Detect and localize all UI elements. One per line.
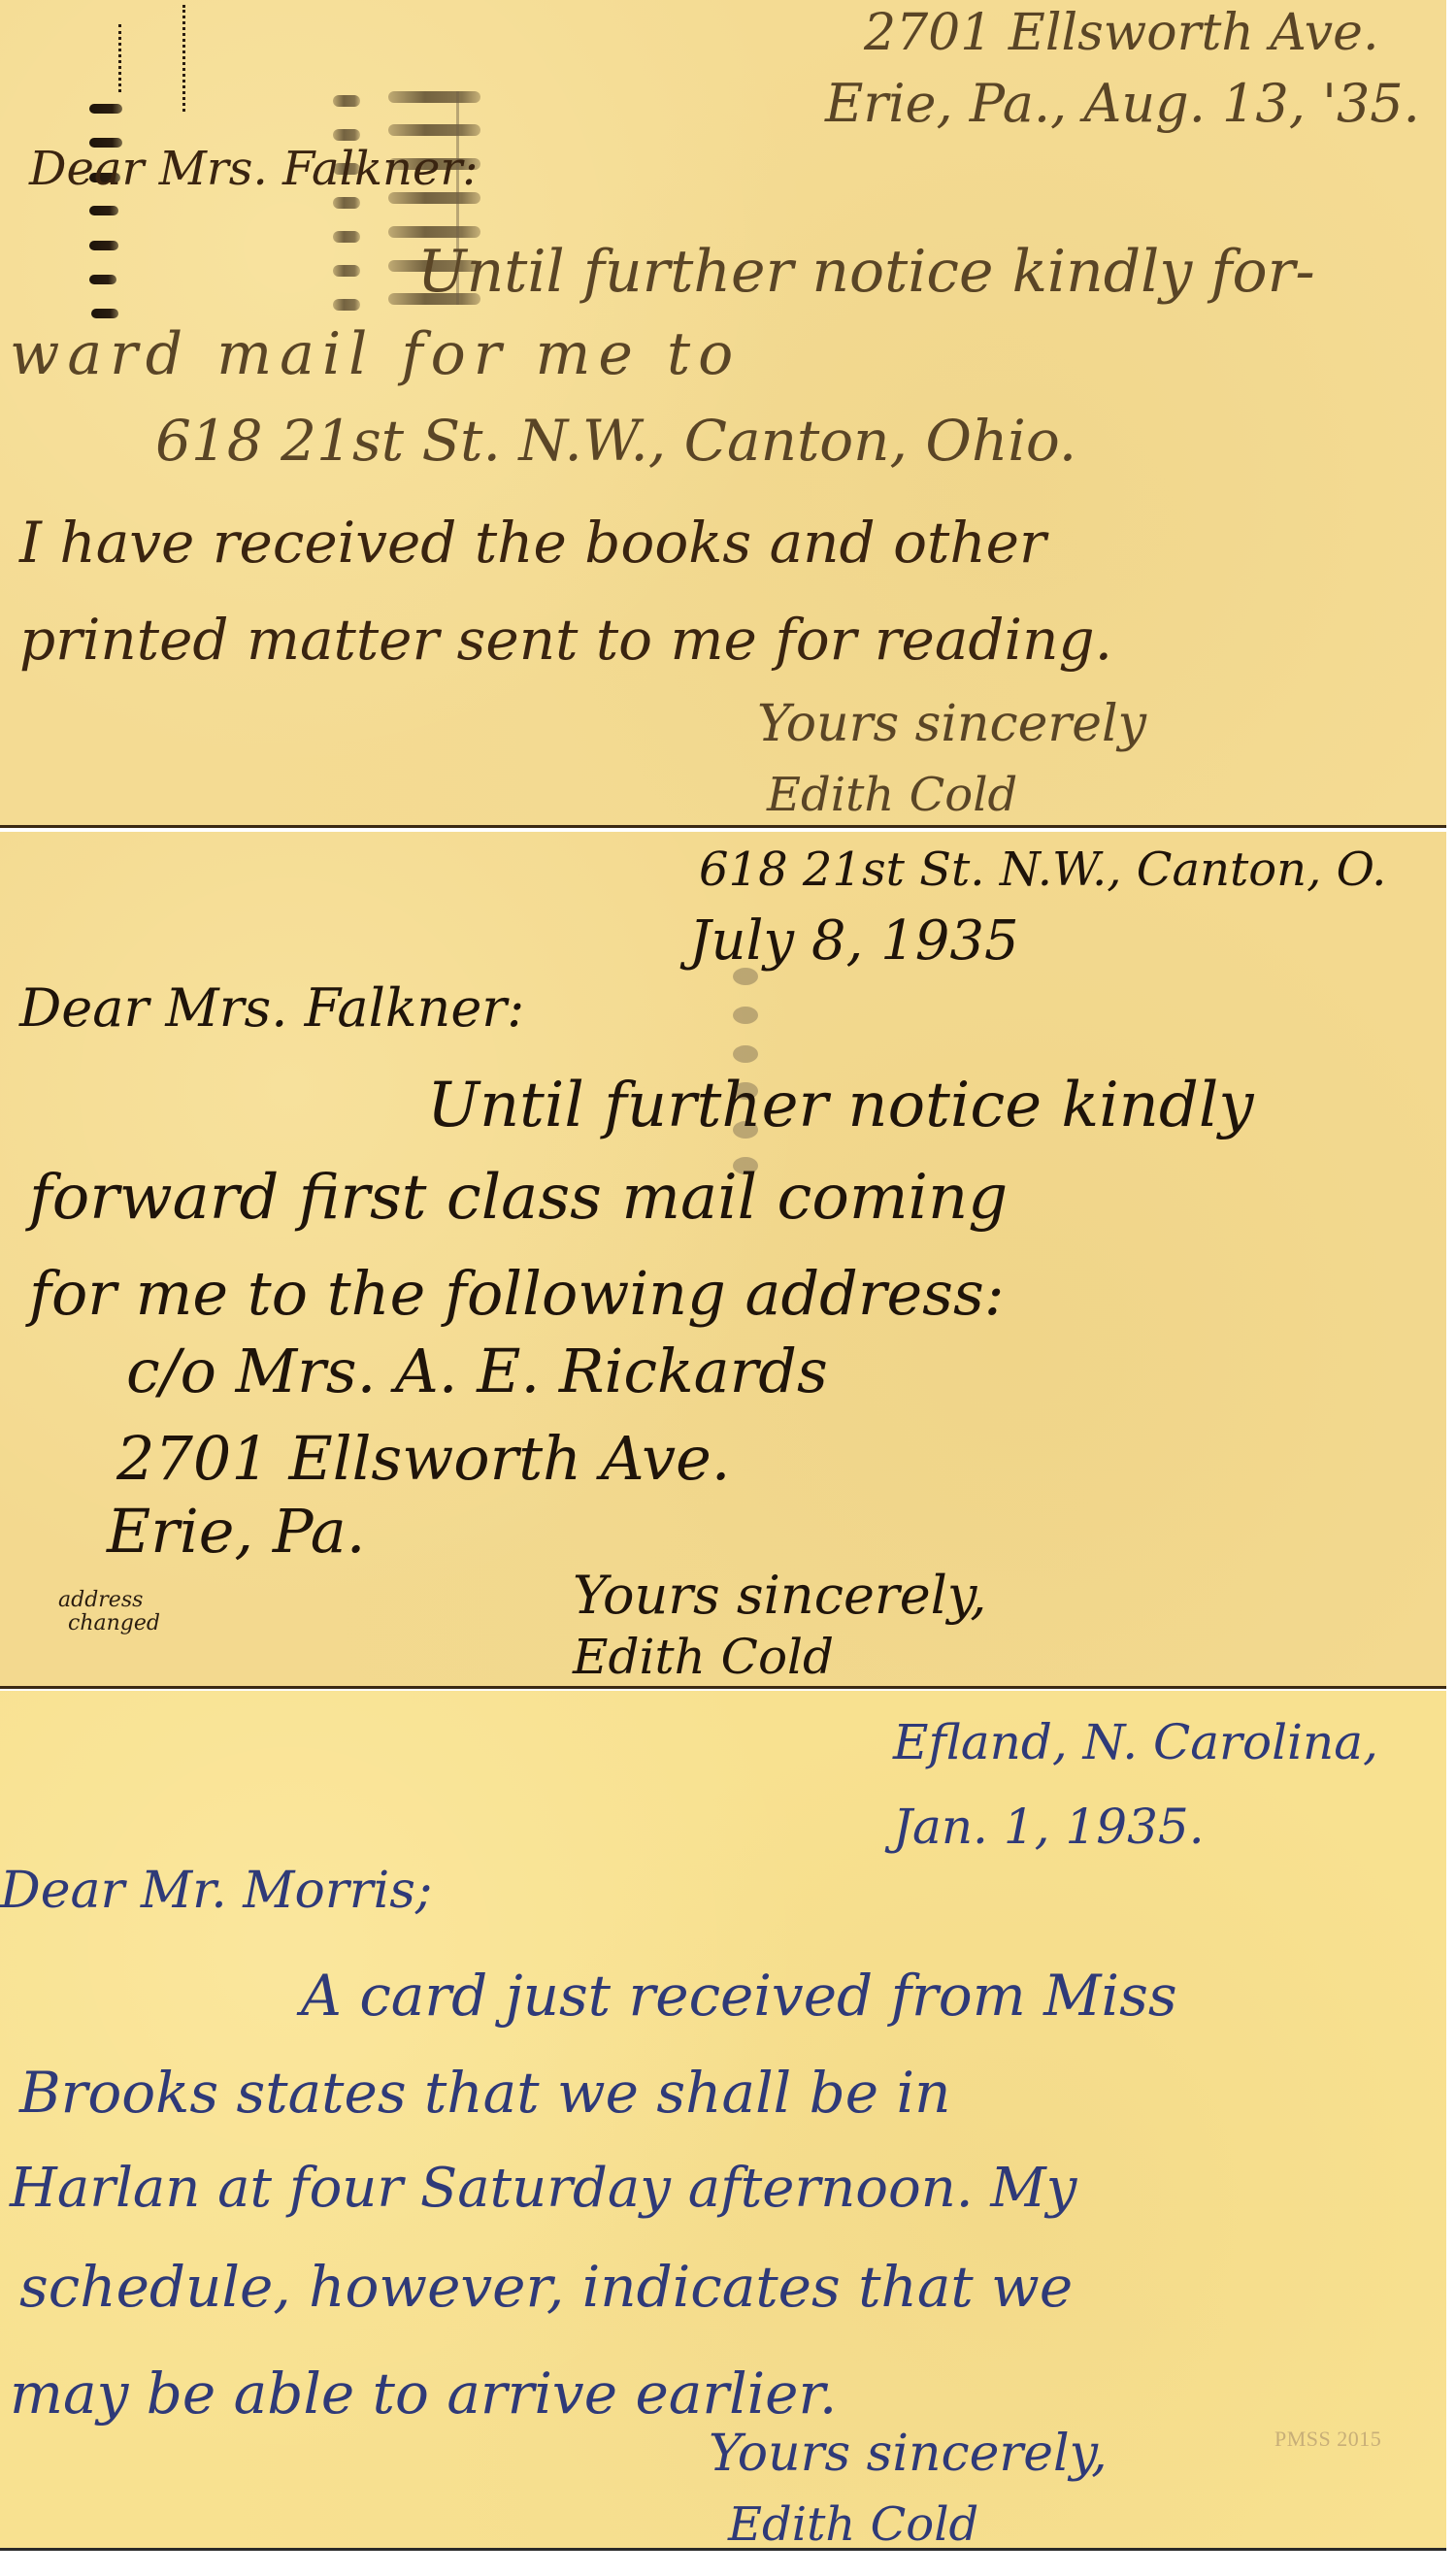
card3-body-line-4: schedule, however, indicates that we (19, 2259, 1073, 2315)
card3-body-line-1: A card just received from Miss (301, 1967, 1177, 2024)
card2-body-line-1: Until further notice kindly (427, 1074, 1253, 1137)
postcard-3: Efland, N. Carolina, Jan. 1, 1935. Dear … (0, 1691, 1446, 2551)
card2-body-line-6: Erie, Pa. (107, 1502, 365, 1562)
card1-signature: Edith Cold (767, 772, 1017, 818)
card2-body-line-3: for me to the following address: (29, 1264, 1005, 1324)
card1-body-line-3: 618 21st St. N.W., Canton, Ohio. (155, 413, 1076, 469)
card1-salutation: Dear Mrs. Falkner: (29, 146, 479, 192)
postcard-2: 618 21st St. N.W., Canton, O. July 8, 19… (0, 832, 1446, 1689)
card1-body-line-4: I have received the books and other (19, 514, 1046, 571)
card3-body-line-5: may be able to arrive earlier. (10, 2365, 837, 2422)
card1-body-line-5: printed matter sent to me for reading. (19, 611, 1112, 668)
card2-margin-note: address changed (58, 1589, 160, 1635)
watermark: PMSS 2015 (1274, 2427, 1381, 2452)
card2-body-line-2: forward first class mail coming (29, 1167, 1008, 1229)
postcard-1: 2701 Ellsworth Ave. Erie, Pa., Aug. 13, … (0, 0, 1446, 828)
card3-signature: Edith Cold (728, 2501, 978, 2548)
margin-note-line-2: changed (68, 1612, 160, 1635)
card1-body-line-1: Until further notice kindly for- (417, 243, 1315, 301)
card2-salutation: Dear Mrs. Falkner: (19, 982, 524, 1035)
card3-body-line-3: Harlan at four Saturday afternoon. My (10, 2162, 1076, 2216)
card1-heading-date: Erie, Pa., Aug. 13, '35. (825, 78, 1420, 130)
card3-salutation: Dear Mr. Morris; (0, 1866, 432, 1916)
card2-signature: Edith Cold (573, 1633, 834, 1681)
margin-note-line-1: address (58, 1589, 160, 1612)
card3-closing: Yours sincerely, (709, 2428, 1108, 2479)
card3-heading-date: Jan. 1, 1935. (893, 1802, 1205, 1851)
card2-heading-date: July 8, 1935 (689, 914, 1019, 969)
card1-closing: Yours sincerely (757, 699, 1146, 749)
card2-closing: Yours sincerely, (573, 1569, 986, 1622)
card1-heading-address: 2701 Ellsworth Ave. (864, 8, 1379, 58)
card2-heading-address: 618 21st St. N.W., Canton, O. (699, 846, 1386, 893)
card2-body-line-5: 2701 Ellsworth Ave. (116, 1429, 731, 1489)
card2-body-line-4: c/o Mrs. A. E. Rickards (126, 1341, 828, 1402)
card3-heading-address: Efland, N. Carolina, (893, 1718, 1378, 1767)
card3-body-line-2: Brooks states that we shall be in (19, 2064, 950, 2121)
card1-body-line-2: ward mail for me to (10, 325, 741, 383)
